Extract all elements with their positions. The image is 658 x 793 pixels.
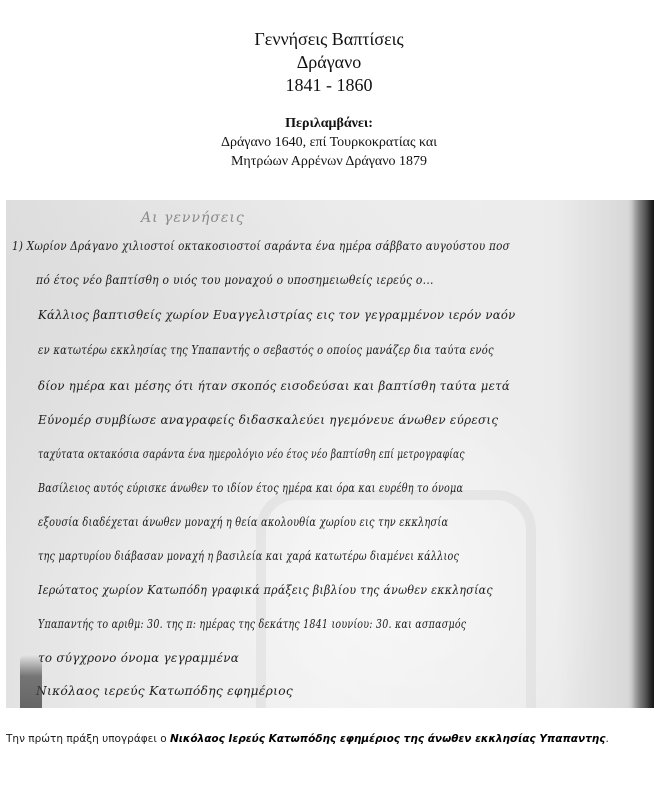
manuscript-heading: Αι γεννήσεις <box>141 210 245 226</box>
manuscript-line: Υπαπαντής το αριθμ: 30. της π: ημέρας τη… <box>38 616 466 631</box>
document-header: Γεννήσεις Βαπτίσεις Δράγανο 1841 - 1860 <box>0 28 658 97</box>
caption-suffix: . <box>606 733 609 745</box>
manuscript-line: Βασίλειος αυτός εύρισκε άνωθεν το ιδίον … <box>38 480 463 495</box>
title-record-type: Γεννήσεις Βαπτίσεις <box>0 28 658 51</box>
manuscript-line: εξουσία διαδέχεται άνωθεν μοναχή η θεία … <box>38 514 448 529</box>
title-village: Δράγανο <box>0 51 658 74</box>
includes-line-1: Δράγανο 1640, επί Τουρκοκρατίας και <box>0 133 658 152</box>
manuscript-line: ταχύτατα οκτακόσια σαράντα ένα ημερολόγι… <box>38 446 465 461</box>
ink-stain <box>20 655 42 708</box>
includes-label: Περιλαμβάνει: <box>0 114 658 133</box>
includes-section: Περιλαμβάνει: Δράγανο 1640, επί Τουρκοκρ… <box>0 114 658 171</box>
title-year-range: 1841 - 1860 <box>0 74 658 97</box>
caption: Την πρώτη πράξη υπογράφει ο Νικόλαος Ιερ… <box>6 733 609 745</box>
manuscript-scan-image: Αι γεννήσεις 1) Χωρίον Δράγανο χιλιοστοί… <box>6 200 654 708</box>
manuscript-line: της μαρτυρίου διάβασαν μοναχή η βασιλεία… <box>38 548 459 563</box>
caption-prefix: Την πρώτη πράξη υπογράφει ο <box>6 733 170 745</box>
manuscript-line: Κάλλιος βαπτισθείς χωρίον Ευαγγελιστρίας… <box>38 307 516 322</box>
manuscript-line: πό έτος νέο βαπτίσθη ο υιός του μοναχού … <box>36 272 434 287</box>
includes-line-2: Μητρώων Αρρένων Δράγανο 1879 <box>0 152 658 171</box>
manuscript-line: Εύνομέρ συμβίωσε αναγραφείς διδασκαλεύει… <box>38 412 498 427</box>
manuscript-line: Ιερώτατος χωρίον Κατωπόδη γραφικά πράξει… <box>38 582 493 597</box>
manuscript-line: εν κατωτέρω εκκλησίας της Υπαπαντής ο σε… <box>38 342 494 357</box>
book-spine-shadow <box>632 200 654 708</box>
manuscript-line: το σύγχρονο όνομα γεγραμμένα <box>38 650 239 665</box>
manuscript-line: Νικόλαος ιερεύς Κατωπόδης εφημέριος <box>36 683 293 698</box>
manuscript-line: δίον ημέρα και μέσης ότι ήταν σκοπός εισ… <box>38 378 510 393</box>
manuscript-line: 1) Χωρίον Δράγανο χιλιοστοί οκτακοσιοστο… <box>12 238 510 253</box>
caption-signer: Νικόλαος Ιερεύς Κατωπόδης εφημέριος της … <box>170 733 606 745</box>
